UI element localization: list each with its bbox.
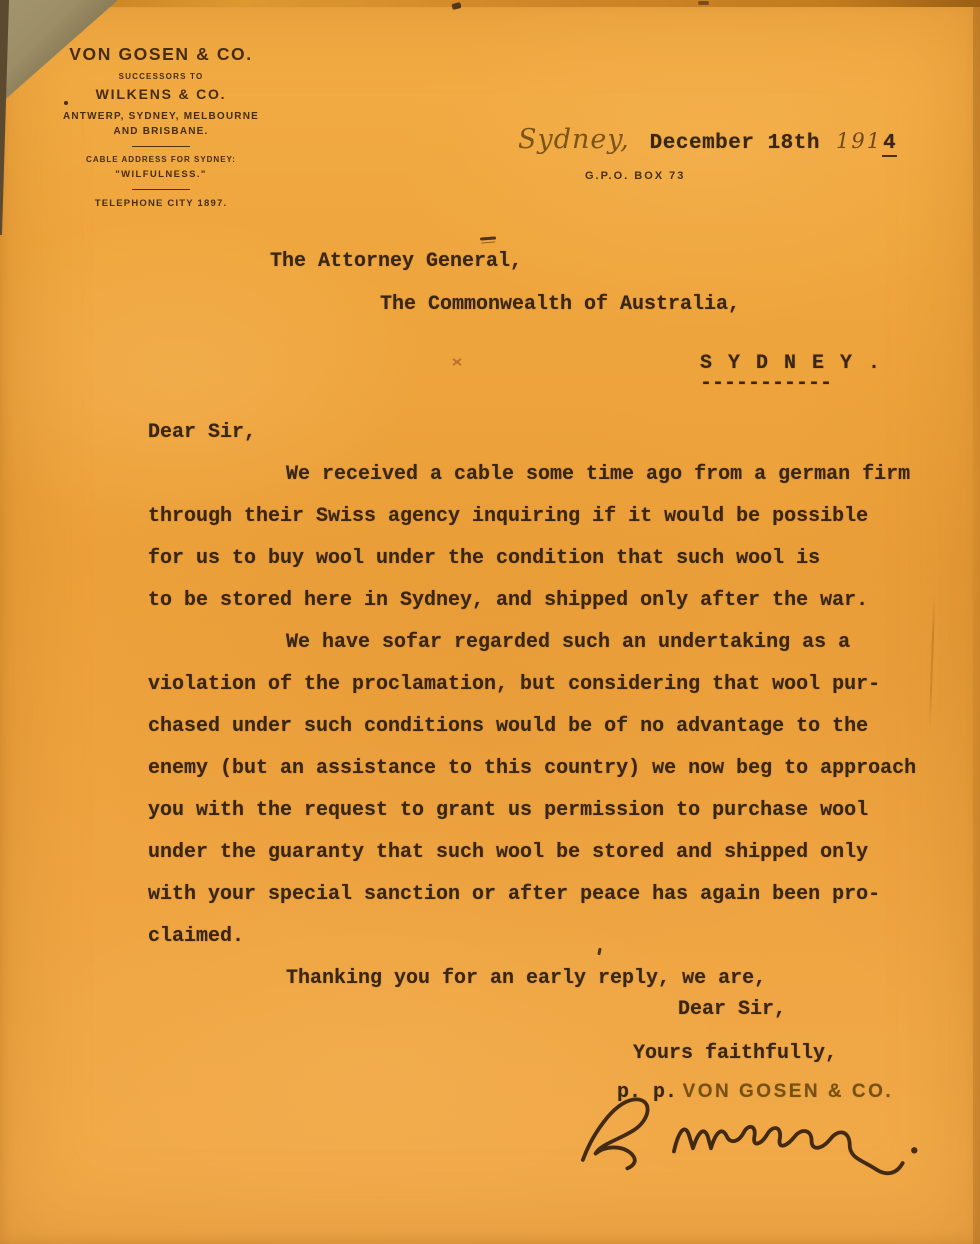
ink-speck <box>451 2 461 10</box>
closing-dear-sir: Dear Sir, <box>678 998 786 1021</box>
closing-yours-faithfully: Yours faithfully, <box>633 1042 837 1065</box>
body-line: We have sofar regarded such an undertaki… <box>148 622 954 664</box>
letterhead-rule <box>132 189 190 190</box>
cable-address-name: "WILFULNESS." <box>30 169 292 180</box>
body-line: We received a cable some time ago from a… <box>148 454 954 496</box>
body-line: violation of the proclamation, but consi… <box>148 664 954 706</box>
recipient-line-2: The Commonwealth of Australia, <box>380 293 740 316</box>
letter-body: Dear Sir, We received a cable some time … <box>148 412 954 1000</box>
cities-line-1: ANTWERP, SYDNEY, MELBOURNE <box>30 111 292 122</box>
body-line: enemy (but an assistance to this country… <box>148 748 954 790</box>
body-line: you with the request to grant us permiss… <box>148 790 954 832</box>
company-name: VON GOSEN & CO. <box>30 44 292 65</box>
letterhead-rule <box>132 146 190 147</box>
predecessor-name: WILKENS & CO. <box>30 86 292 102</box>
recipient-line-1: The Attorney General, <box>270 250 522 273</box>
body-line: for us to buy wool under the condition t… <box>148 538 954 580</box>
signature-handwriting-icon <box>568 1090 926 1180</box>
recipient-city-underline: ----------- <box>700 372 832 395</box>
thanks-line: Thanking you for an early reply, we are, <box>148 958 954 1000</box>
body-line: chased under such conditions would be of… <box>148 706 954 748</box>
telephone-line: TELEPHONE CITY 1897. <box>30 198 292 209</box>
salutation: Dear Sir, <box>148 412 954 454</box>
dateline-year-typed: 4 <box>882 132 897 157</box>
body-line: claimed. <box>148 916 954 958</box>
dateline-city: Sydney, <box>518 124 630 155</box>
dateline: Sydney, December 18th 191 4 <box>518 124 897 157</box>
paper-top-edge <box>0 0 980 7</box>
body-line: under the guaranty that such wool be sto… <box>148 832 954 874</box>
faint-pencil-mark <box>452 357 462 367</box>
cities-line-2: AND BRISBANE. <box>30 126 292 137</box>
letterhead: VON GOSEN & CO. SUCCESSORS TO WILKENS & … <box>30 44 292 209</box>
cable-address-label: CABLE ADDRESS FOR SYDNEY: <box>30 155 292 164</box>
successors-line: SUCCESSORS TO <box>30 72 292 81</box>
paper-right-edge <box>973 0 980 1244</box>
body-line: through their Swiss agency inquiring if … <box>148 496 954 538</box>
gpo-box-line: G.P.O. BOX 73 <box>585 170 685 182</box>
body-line: with your special sanction or after peac… <box>148 874 954 916</box>
body-line: to be stored here in Sydney, and shipped… <box>148 580 954 622</box>
stray-typed-mark <box>480 236 496 240</box>
ink-speck <box>698 1 709 5</box>
letter-page: VON GOSEN & CO. SUCCESSORS TO WILKENS & … <box>0 0 980 1244</box>
dateline-year-printed: 191 <box>836 129 882 153</box>
dateline-date-typed: December 18th <box>650 132 820 155</box>
signature <box>568 1090 926 1185</box>
